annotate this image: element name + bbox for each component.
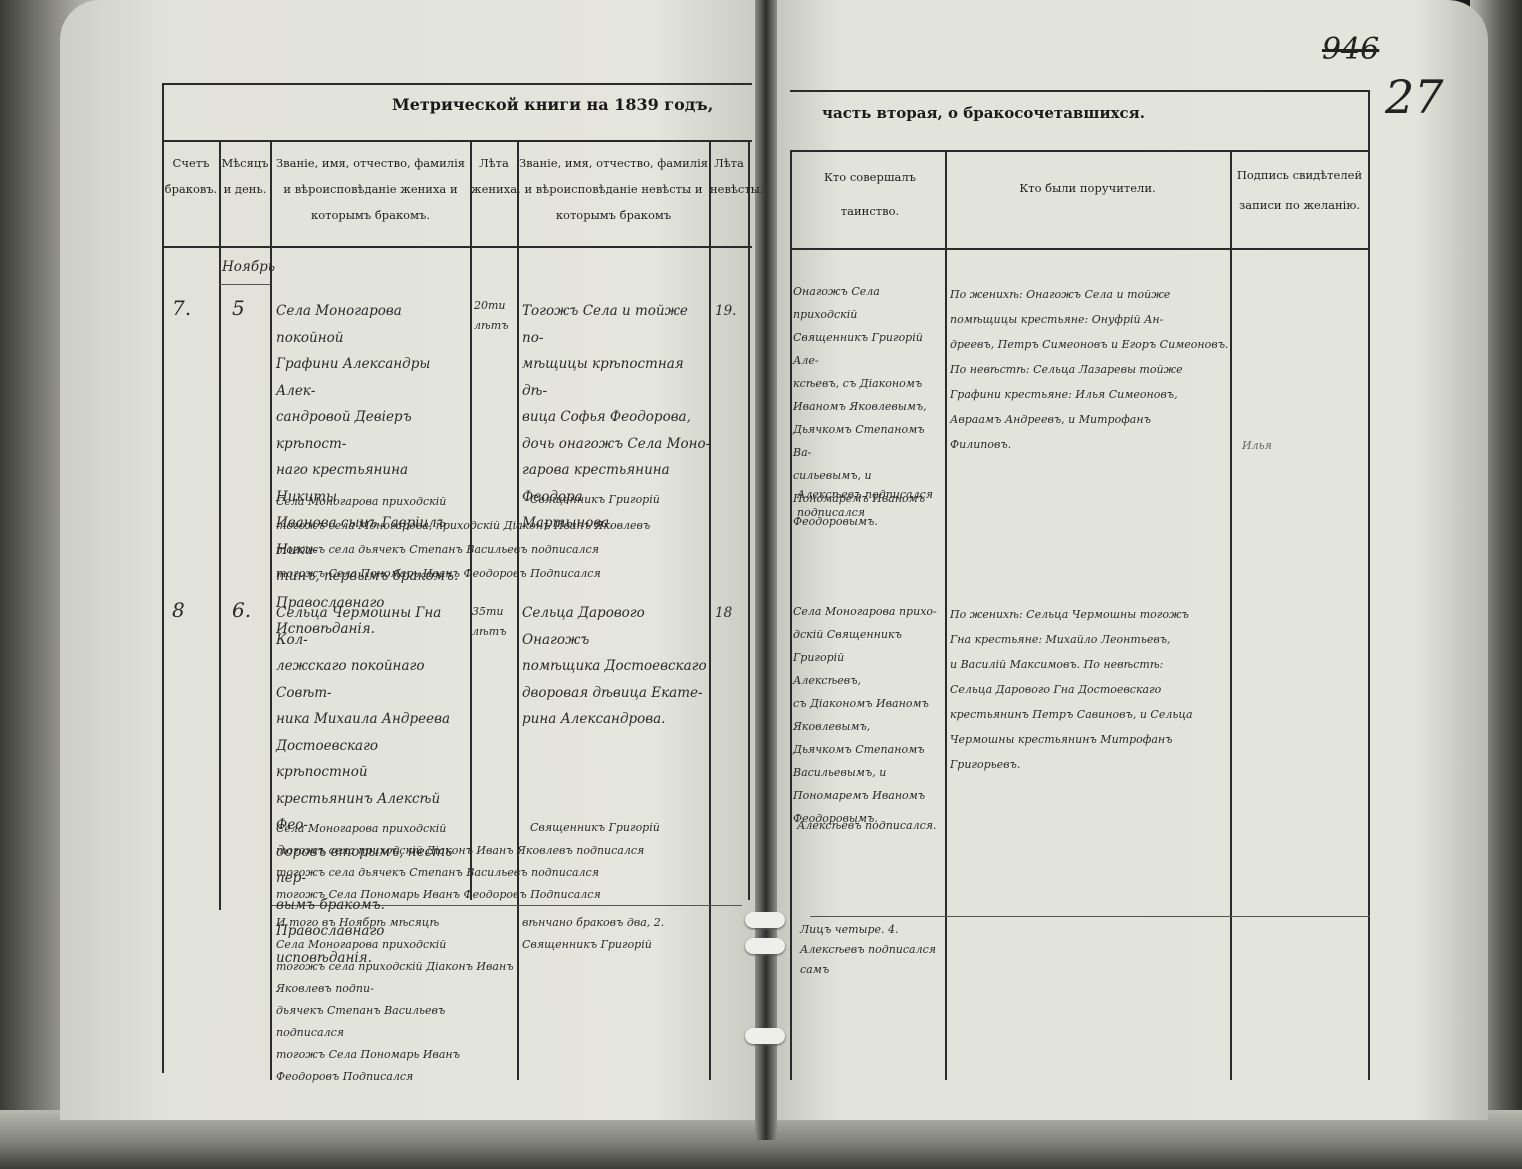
binding-stitch — [745, 912, 785, 928]
table-top-border — [162, 83, 752, 85]
table-top-border — [790, 90, 1370, 92]
entry-bride-age: 19. — [715, 298, 736, 325]
column-rule — [219, 140, 221, 910]
header-marriage-count: Счетъ браковъ. — [163, 150, 219, 202]
entry-groom: Села Моногарова покойной Графини Алексан… — [276, 298, 471, 643]
left-page-title: Метрической книги на 1839 годъ, — [392, 95, 713, 114]
entry-count: 8 — [172, 597, 185, 624]
entry-priest-signature: Алексѣевъ подписался подписался — [797, 486, 947, 522]
title-row-border — [162, 140, 752, 142]
column-rule — [1230, 150, 1232, 1080]
header-row-border — [162, 246, 752, 248]
folio-number-new: 27 — [1385, 70, 1444, 124]
summary-right: Лицъ четыре. 4. Алексѣевъ подписался сам… — [800, 920, 950, 980]
summary-left: И того въ Ноябрѣ мѣсяцѣ Села Моногарова … — [276, 912, 516, 1088]
entry-groom-age: 35ти лѣтъ — [472, 602, 518, 642]
entry-clergy-signoff-col2: Священникъ Григорій — [530, 490, 660, 510]
month-label: Ноябрь — [222, 254, 275, 281]
column-rule — [790, 150, 792, 1080]
header-row-border — [790, 248, 1370, 250]
binding-stitch — [745, 1028, 785, 1044]
column-rule — [162, 83, 164, 1073]
entry-sureties: По женихѣ: Сельца Чермошны тогожъ Гна кр… — [950, 602, 1230, 777]
column-rule — [748, 140, 750, 900]
column-rule — [270, 140, 272, 1080]
open-register-book: 946 27 Метрической книги на 1839 годъ, ч… — [0, 0, 1522, 1169]
book-gutter — [755, 0, 777, 1140]
entry-bride-age: 18 — [715, 600, 732, 627]
header-groom: Званіе, имя, отчество, фамилія и вѣроисп… — [271, 150, 470, 228]
header-bride-age: Лѣта невѣсты. — [710, 150, 748, 202]
folio-number-old: 946 — [1322, 32, 1379, 67]
entry-count: 7. — [172, 295, 191, 322]
header-bride: Званіе, имя, отчество, фамилія и вѣроисп… — [518, 150, 709, 228]
header-officiant: Кто совершалъ таинство. — [800, 160, 940, 228]
header-sureties: Кто были поручители. — [950, 175, 1225, 201]
header-groom-age: Лѣта жениха. — [471, 150, 517, 202]
entry-bride: Сельца Дарового Онагожъ помѣщика Достоев… — [522, 600, 712, 733]
title-row-border — [790, 150, 1370, 152]
entry-sureties: По женихѣ: Онагожъ Села и тойже помѣщицы… — [950, 282, 1230, 457]
right-page-title: часть вторая, о бракосочетавшихся. — [822, 104, 1145, 122]
entry-clergy-signoff-col2: Священникъ Григорій — [530, 818, 660, 838]
binding-stitch — [745, 938, 785, 954]
column-rule — [1368, 90, 1370, 1080]
entry-priest-signature: Алексѣевъ подписался. — [797, 816, 947, 836]
header-witness-signatures: Подпись свидѣтелей записи по желанію. — [1232, 160, 1367, 220]
entry-day: 5 — [232, 295, 245, 322]
summary-marriages-total: вѣнчано браковъ два, 2. Священникъ Григо… — [522, 912, 712, 956]
entry-witness-note: Илья — [1242, 436, 1272, 456]
entry-officiant: Села Моногарова прихо- дскій Священникъ … — [793, 600, 945, 830]
summary-rule — [810, 916, 1370, 917]
entry-day: 6. — [232, 597, 251, 624]
header-month-day: Мѣсяцъ и день. — [220, 150, 270, 202]
entry-groom-age: 20ти лѣтъ — [474, 296, 518, 336]
month-underline — [219, 284, 271, 285]
